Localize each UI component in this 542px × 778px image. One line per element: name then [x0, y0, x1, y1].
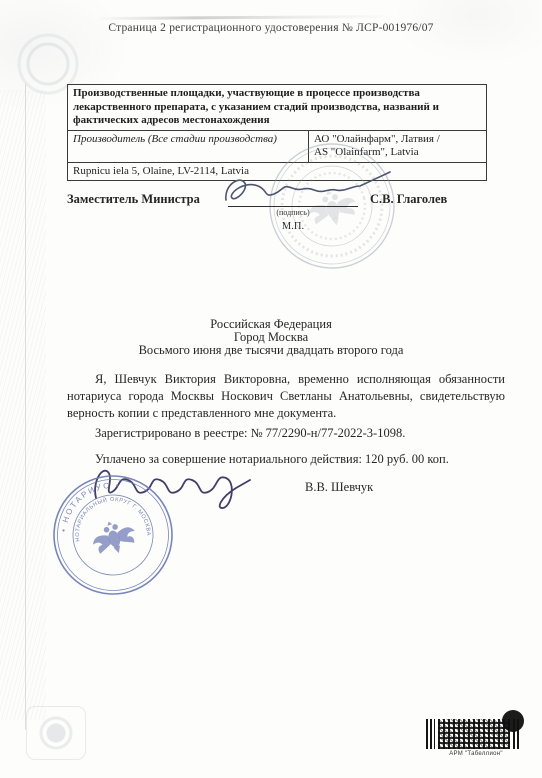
notary-statement: Я, Шевчук Виктория Викторовна, временно … [67, 371, 505, 422]
registry-line: Зарегистрировано в реестре: № 77/2290-н/… [67, 426, 505, 441]
signature-caption: (подпись) [228, 208, 358, 217]
table-row: Производственные площадки, участвующие в… [68, 85, 487, 131]
signature-line [228, 206, 358, 207]
guilloche-texture [0, 90, 46, 720]
date-line: Восьмого июня две тысячи двадцать второг… [0, 343, 542, 358]
scanned-document-page: Страница 2 регистрационного удостоверени… [0, 0, 542, 778]
seal-place-mark: М.П. [228, 221, 358, 232]
page-title: Страница 2 регистрационного удостоверени… [0, 22, 542, 34]
barcode-matrix [438, 719, 510, 749]
binding-thread [25, 84, 26, 730]
double-eagle-icon [88, 515, 140, 560]
ink-blob [502, 710, 524, 732]
barcode-image [426, 719, 526, 749]
minister-name: С.В. Глаголев [370, 192, 447, 207]
deputy-minister-title: Заместитель Министра [67, 192, 200, 207]
table-header-cell: Производственные площадки, участвующие в… [68, 85, 487, 131]
embossed-seal-bottom [26, 706, 86, 760]
scan-smudge [96, 15, 396, 20]
notary-name: В.В. Шевчук [305, 480, 373, 495]
barcode-guard-left [426, 719, 435, 749]
barcode-label: АРМ "Табеллион" [426, 751, 526, 757]
barcode: АРМ "Табеллион" [426, 719, 526, 757]
